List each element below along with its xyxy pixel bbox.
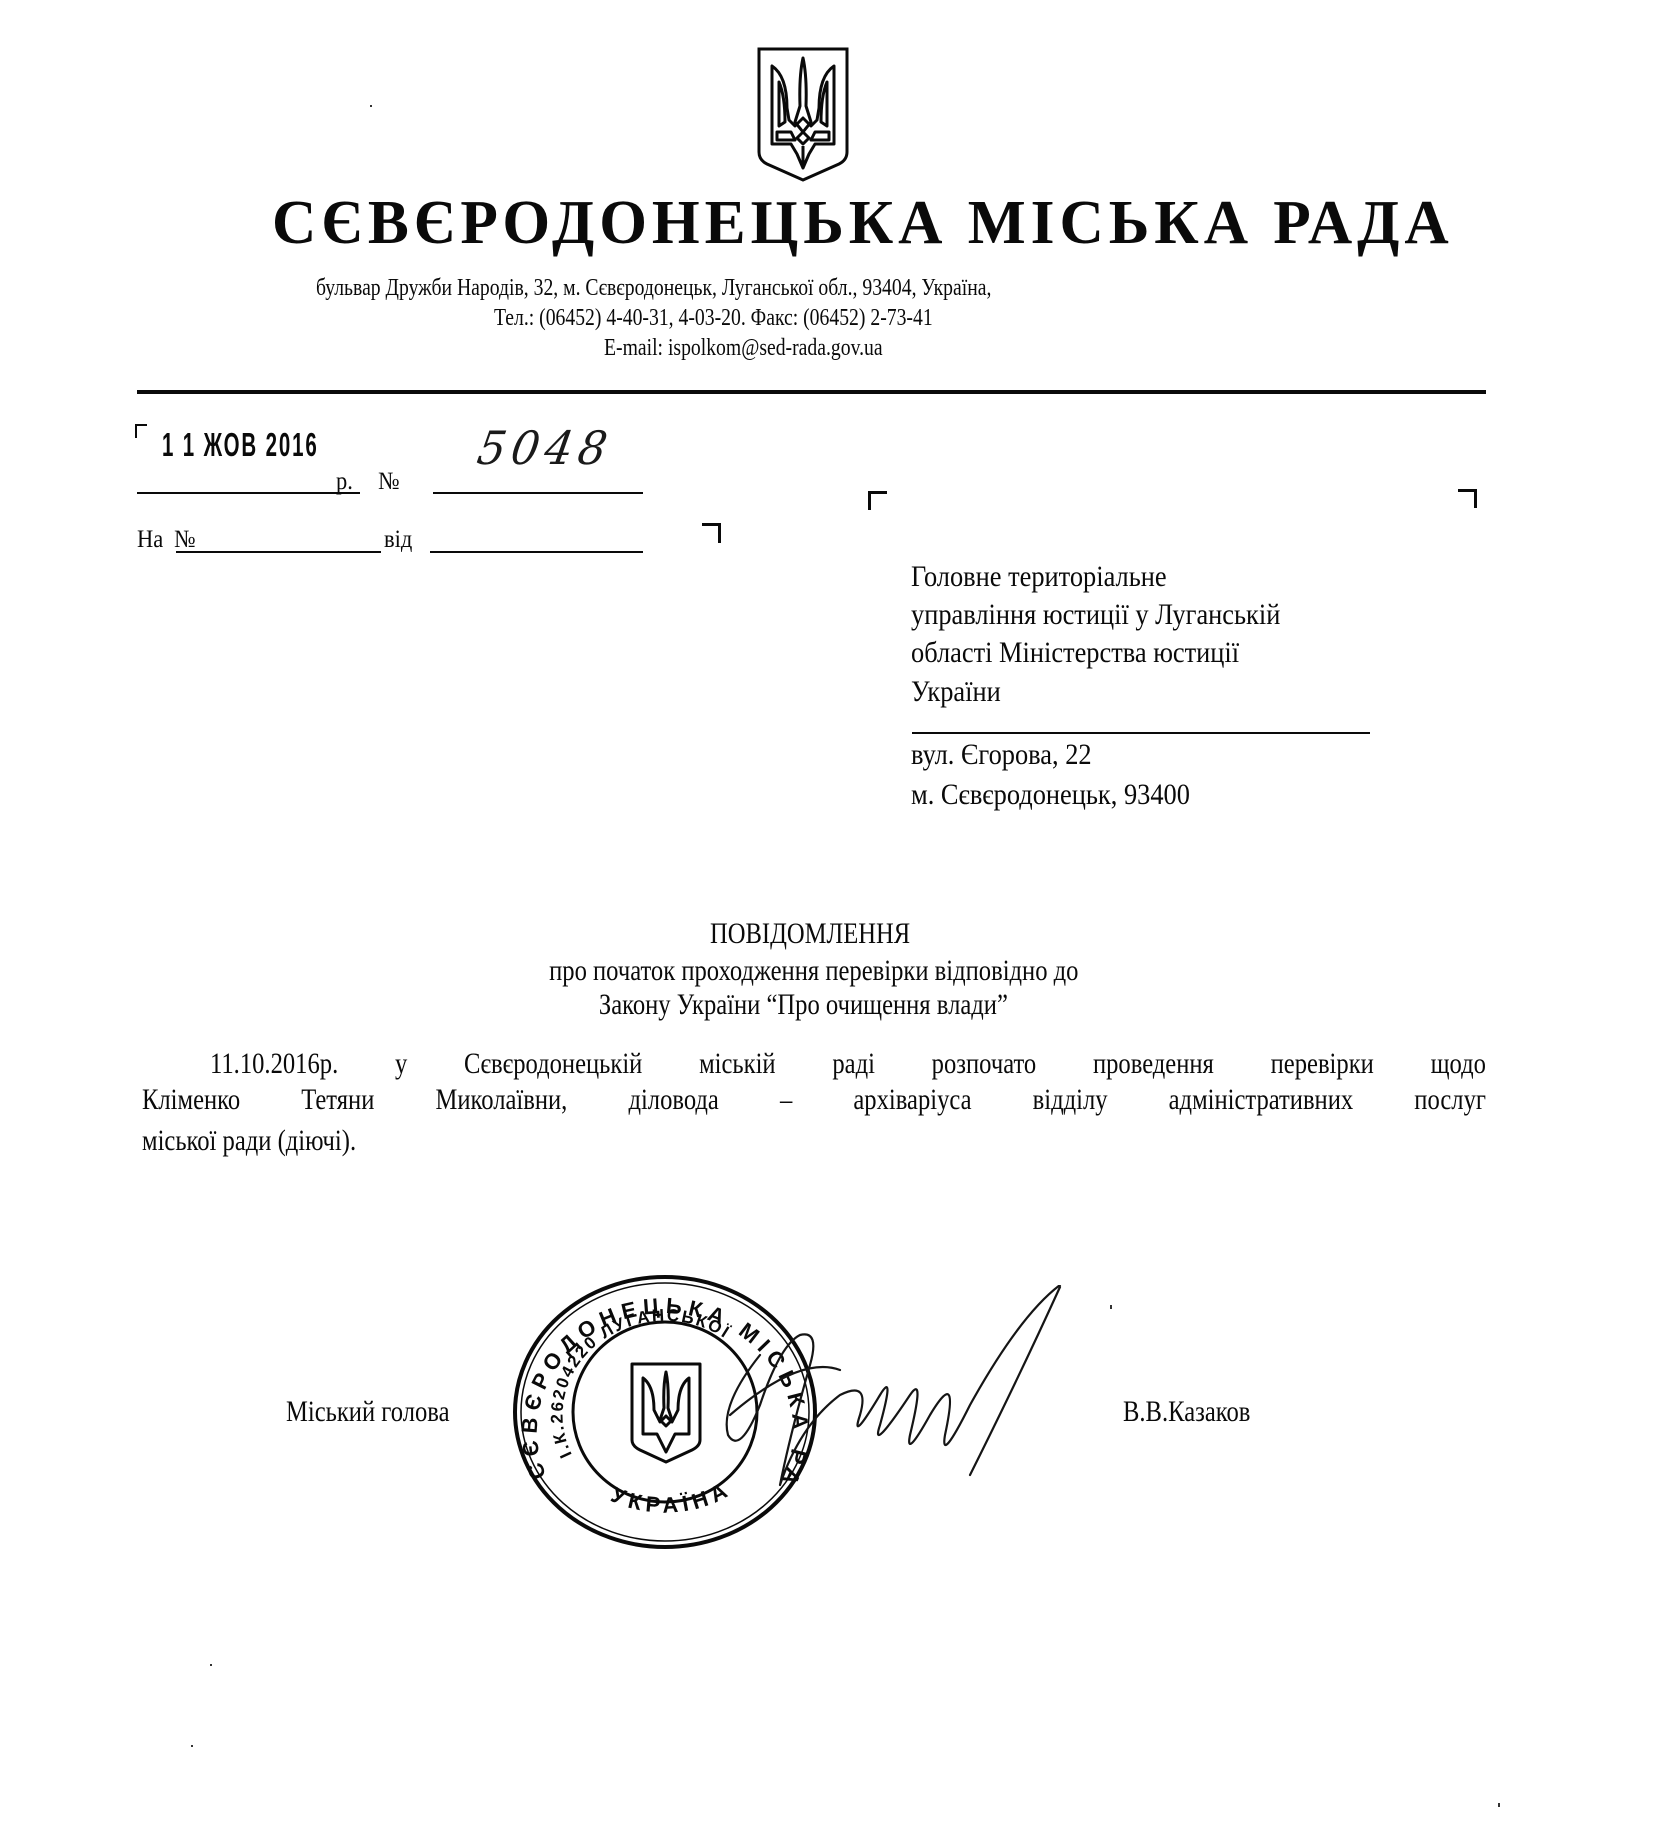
document-subtitle: про початок проходження перевірки відпов… — [0, 956, 1642, 986]
outgoing-number-handwritten: 5048 — [482, 425, 623, 471]
organization-phones: Тел.: (06452) 4-40-31, 4-03-20. Факс: (0… — [494, 306, 1029, 330]
number-underline — [433, 492, 643, 494]
organization-title: СЄВЄРОДОНЕЦЬКА МІСЬКА РАДА — [272, 192, 1466, 254]
corner-mark — [868, 491, 887, 510]
scan-speck — [210, 1664, 212, 1666]
reply-to-label: На — [137, 527, 166, 552]
svg-text:УКРАЇНА: УКРАЇНА — [608, 1476, 736, 1518]
organization-address: бульвар Дружби Народів, 32, м. Сєвєродон… — [316, 276, 1140, 300]
corner-mark — [1458, 489, 1477, 508]
body-text-line: міської ради (діючі). — [142, 1126, 1486, 1156]
date-underline — [137, 492, 360, 494]
document-subtitle: Закону України “Про очищення влади” — [0, 990, 1632, 1020]
registration-date-stamp: 1 1 ЖОВ 2016 — [162, 428, 415, 461]
body-text-line: 11.10.2016р. у Сєвєродонецькій міській р… — [210, 1049, 1486, 1079]
letterhead-divider — [137, 390, 1486, 394]
coat-of-arms-icon — [755, 46, 851, 182]
from-date-label: від — [384, 527, 415, 552]
scan-speck — [191, 1745, 193, 1747]
body-text-line: Кліменко Тетяни Миколаївни, діловода – а… — [142, 1085, 1486, 1115]
recipient-address-line: м. Сєвєродонецьк, 93400 — [911, 780, 1228, 810]
recipient-name-line: управління юстиції у Луганській — [911, 600, 1331, 630]
reply-to-number-label: № — [174, 527, 198, 552]
recipient-name-line: Головне територіальне — [911, 562, 1201, 592]
document-title: ПОВІДОМЛЕННЯ — [0, 919, 1639, 949]
recipient-address-line: вул. Єгорова, 22 — [911, 740, 1116, 770]
signatory-role: Міський голова — [286, 1397, 485, 1427]
signatory-name: В.В.Казаков — [1123, 1397, 1278, 1427]
corner-mark — [702, 523, 721, 543]
recipient-name-line: області Міністерства юстиції — [911, 638, 1284, 668]
organization-email: E-mail: ispolkom@sed-rada.gov.ua — [604, 336, 944, 360]
year-label: р. — [336, 469, 355, 494]
corner-mark — [135, 424, 147, 438]
scan-speck — [370, 105, 372, 107]
recipient-divider — [912, 732, 1370, 734]
from-date-underline — [430, 551, 643, 553]
number-label: № — [378, 469, 402, 494]
scan-speck — [1498, 1803, 1500, 1807]
reply-number-underline — [176, 551, 381, 553]
scan-speck — [1110, 1305, 1112, 1309]
handwritten-signature — [720, 1285, 1160, 1515]
recipient-name-line: України — [911, 677, 1013, 707]
